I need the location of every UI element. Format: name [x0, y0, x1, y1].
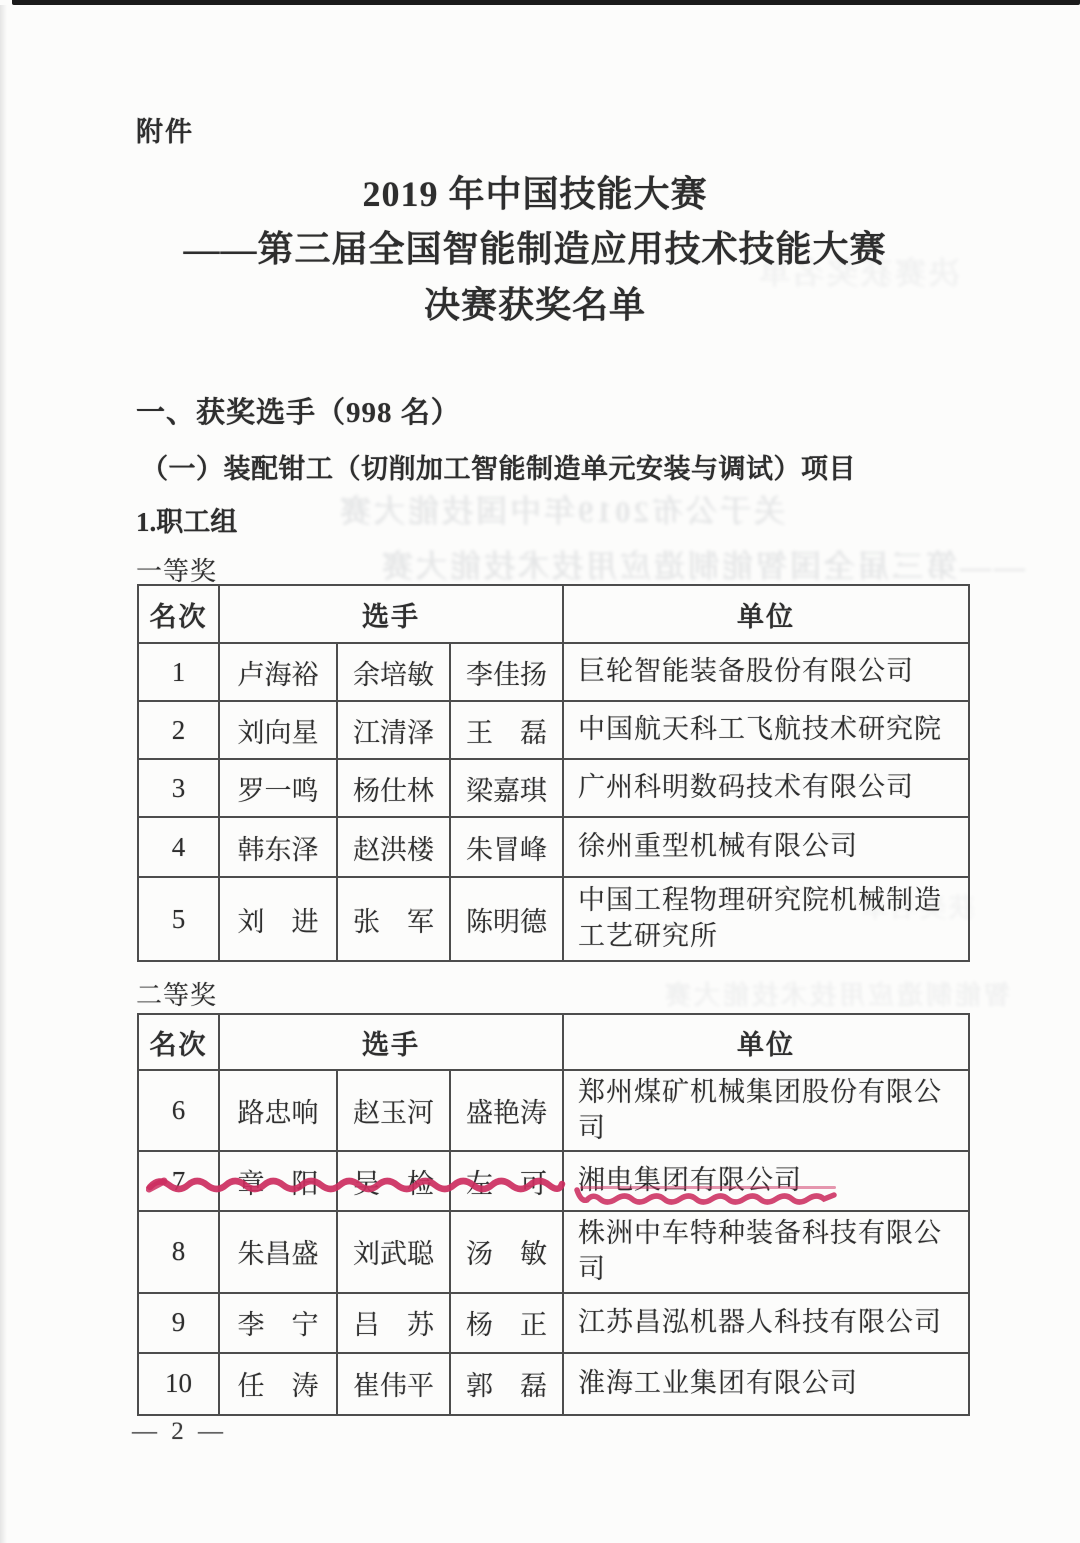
player-cell: 杨 正: [450, 1293, 563, 1353]
player-cell: 赵玉河: [337, 1070, 450, 1151]
player-cell: 刘 进: [219, 877, 337, 961]
unit-cell: 广州科明数码技术有限公司: [563, 759, 969, 817]
page-number: — 2 —: [132, 1418, 227, 1446]
table-header-row: 名次 选手 单位: [138, 585, 969, 643]
player-cell: 盛艳涛: [450, 1070, 563, 1151]
table-row: 8朱昌盛刘武聪汤 敏株洲中车特种装备科技有限公司: [138, 1211, 969, 1292]
unit-cell: 徐州重型机械有限公司: [563, 817, 969, 877]
player-cell: 汤 敏: [450, 1211, 563, 1292]
rank-cell: 3: [138, 759, 219, 817]
table-row: 2刘向星江清泽王 磊中国航天科工飞航技术研究院: [138, 701, 969, 759]
player-cell: 王 磊: [450, 701, 563, 759]
table-row: 9李 宁吕 苏杨 正江苏昌泓机器人科技有限公司: [138, 1293, 969, 1353]
scanned-document-page: 关于公布2019年中国技能大赛 ——第三届全国智能制造应用技术技能大赛 决赛获奖…: [0, 0, 1080, 1543]
first-prize-table: 名次 选手 单位 1卢海裕余培敏李佳扬巨轮智能装备股份有限公司2刘向星江清泽王 …: [137, 584, 970, 962]
player-cell: 杨仕林: [337, 759, 450, 817]
column-header-unit: 单位: [563, 1014, 969, 1070]
player-cell: 李佳扬: [450, 643, 563, 701]
player-cell: 刘武聪: [337, 1211, 450, 1292]
first-prize-label: 一等奖: [136, 551, 217, 588]
column-header-players: 选手: [219, 1014, 563, 1070]
bleedthrough-ghost-text: ——第三届全国智能制造应用技术技能大赛: [215, 541, 1025, 586]
rank-cell: 6: [138, 1070, 219, 1151]
rank-cell: 7: [138, 1151, 219, 1211]
section-heading-worker-group: 1.职工组: [136, 500, 237, 539]
player-cell: 路忠响: [219, 1070, 337, 1151]
player-cell: 朱冒峰: [450, 817, 563, 877]
scan-top-edge-artifact: [12, 0, 1080, 5]
highlight-underline-right: [580, 1186, 836, 1189]
player-cell: 章 阳: [219, 1151, 337, 1211]
column-header-rank: 名次: [138, 585, 219, 643]
player-cell: 赵洪楼: [337, 817, 450, 877]
unit-cell: 中国工程物理研究院机械制造工艺研究所: [563, 877, 969, 961]
player-cell: 郭 磊: [450, 1353, 563, 1415]
section-heading-winners: 一、获奖选手（998 名）: [136, 390, 461, 431]
player-cell: 罗一鸣: [219, 759, 337, 817]
column-header-rank: 名次: [138, 1014, 219, 1070]
rank-cell: 9: [138, 1293, 219, 1353]
table-row: 3罗一鸣杨仕林梁嘉琪广州科明数码技术有限公司: [138, 759, 969, 817]
player-cell: 卢海裕: [219, 643, 337, 701]
bleedthrough-ghost-text: 关于公布2019年中国技能大赛: [225, 486, 785, 531]
document-title-line-2: ——第三届全国智能制造应用技术技能大赛: [0, 221, 1070, 272]
document-title-line-1: 2019 年中国技能大赛: [0, 166, 1070, 217]
unit-cell: 江苏昌泓机器人科技有限公司: [563, 1293, 969, 1353]
rank-cell: 2: [138, 701, 219, 759]
unit-cell: 郑州煤矿机械集团股份有限公司: [563, 1070, 969, 1151]
player-cell: 李 宁: [219, 1293, 337, 1353]
rank-cell: 5: [138, 877, 219, 961]
table-header-row: 名次 选手 单位: [138, 1014, 969, 1070]
table-row: 6路忠响赵玉河盛艳涛郑州煤矿机械集团股份有限公司: [138, 1070, 969, 1151]
rank-cell: 10: [138, 1353, 219, 1415]
bleedthrough-ghost-text: 智能制造应用技术技能大赛: [610, 975, 1010, 1012]
document-title-line-3: 决赛获奖名单: [0, 277, 1070, 328]
column-header-players: 选手: [219, 585, 563, 643]
player-cell: 江清泽: [337, 701, 450, 759]
unit-cell: 淮海工业集团有限公司: [563, 1353, 969, 1415]
rank-cell: 8: [138, 1211, 219, 1292]
player-cell: 吴 检: [337, 1151, 450, 1211]
unit-cell: 中国航天科工飞航技术研究院: [563, 701, 969, 759]
second-prize-table: 名次 选手 单位 6路忠响赵玉河盛艳涛郑州煤矿机械集团股份有限公司7章 阳吴 检…: [137, 1013, 970, 1416]
player-cell: 朱昌盛: [219, 1211, 337, 1292]
rank-cell: 4: [138, 817, 219, 877]
player-cell: 刘向星: [219, 701, 337, 759]
player-cell: 任 涛: [219, 1353, 337, 1415]
player-cell: 崔伟平: [337, 1353, 450, 1415]
player-cell: 张 军: [337, 877, 450, 961]
unit-cell: 湘电集团有限公司: [563, 1151, 969, 1211]
player-cell: 吕 苏: [337, 1293, 450, 1353]
column-header-unit: 单位: [563, 585, 969, 643]
table-row: 4韩东泽赵洪楼朱冒峰徐州重型机械有限公司: [138, 817, 969, 877]
table-row: 1卢海裕余培敏李佳扬巨轮智能装备股份有限公司: [138, 643, 969, 701]
unit-cell: 巨轮智能装备股份有限公司: [563, 643, 969, 701]
rank-cell: 1: [138, 643, 219, 701]
player-cell: 梁嘉琪: [450, 759, 563, 817]
table-row: 5刘 进张 军陈明德中国工程物理研究院机械制造工艺研究所: [138, 877, 969, 961]
attachment-label: 附件: [136, 110, 194, 149]
player-cell: 左 可: [450, 1151, 563, 1211]
table-row-highlighted: 7章 阳吴 检左 可湘电集团有限公司: [138, 1151, 969, 1211]
player-cell: 陈明德: [450, 877, 563, 961]
player-cell: 余培敏: [337, 643, 450, 701]
second-prize-label: 二等奖: [136, 975, 217, 1012]
section-heading-project: （一）装配钳工（切削加工智能制造单元安装与调试）项目: [141, 447, 856, 486]
table-row: 10任 涛崔伟平郭 磊淮海工业集团有限公司: [138, 1353, 969, 1415]
player-cell: 韩东泽: [219, 817, 337, 877]
unit-cell: 株洲中车特种装备科技有限公司: [563, 1211, 969, 1292]
